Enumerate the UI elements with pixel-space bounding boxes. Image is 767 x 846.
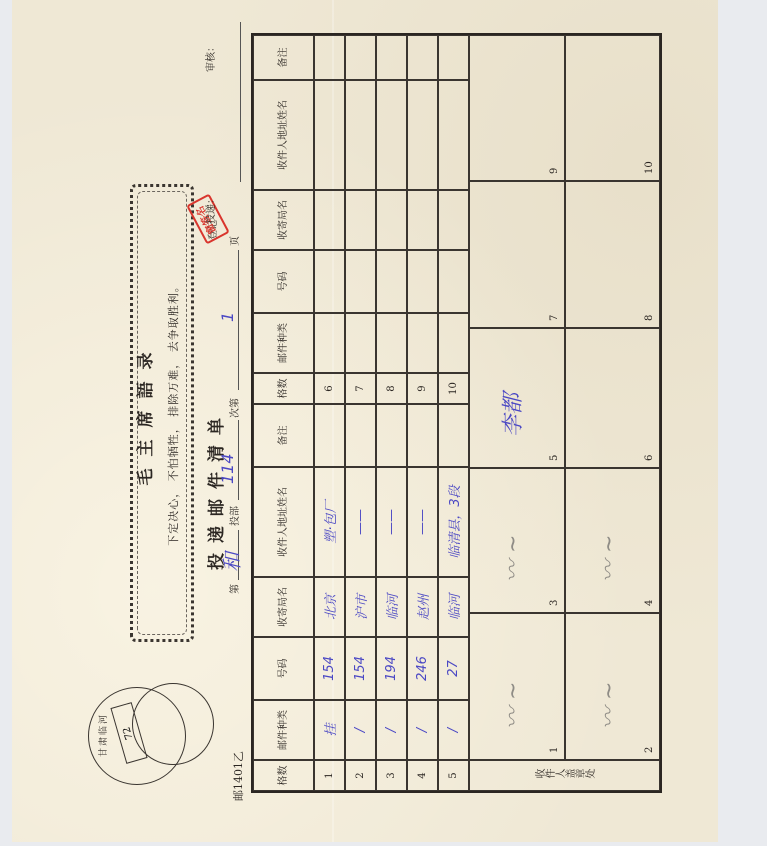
signature-box[interactable]: 9 xyxy=(469,35,565,181)
signature-label: 收件人盖章处 xyxy=(469,760,660,791)
cell-post-office[interactable]: 沪市 xyxy=(345,577,376,637)
cell-post-office[interactable] xyxy=(314,190,345,250)
signature-mark: 李都 xyxy=(496,393,527,437)
cell-item-type[interactable]: / xyxy=(438,700,469,760)
header-remarks-2: 备注 xyxy=(253,35,314,80)
cell-index: 7 xyxy=(345,373,376,404)
signature-box[interactable]: 5李都 xyxy=(469,328,565,468)
cell-post-office[interactable] xyxy=(376,190,407,250)
cell-index: 8 xyxy=(376,373,407,404)
cell-post-office[interactable]: 北京 xyxy=(314,577,345,637)
rotated-document: 毛主席語录 下定决心， 不怕牺牲， 排除万难， 去争取胜利。 投递邮件清单 登记… xyxy=(0,0,767,846)
cell-remarks[interactable] xyxy=(376,35,407,80)
cell-index: 6 xyxy=(314,373,345,404)
quotation-title: 毛主席語录 xyxy=(131,187,156,639)
header-post-office-2: 收寄局名 xyxy=(253,190,314,250)
cell-item-type[interactable]: / xyxy=(376,700,407,760)
cell-index: 9 xyxy=(407,373,438,404)
cell-remarks[interactable] xyxy=(345,404,376,467)
cell-index: 5 xyxy=(438,760,469,791)
cell-number[interactable]: 154 xyxy=(314,637,345,700)
signature-box[interactable]: 10 xyxy=(565,35,660,181)
paper-sheet: 毛主席語录 下定决心， 不怕牺牲， 排除万难， 去争取胜利。 投递邮件清单 登记… xyxy=(12,0,718,842)
cell-index: 3 xyxy=(376,760,407,791)
cell-post-office[interactable] xyxy=(438,190,469,250)
reviewer-label: 审核： xyxy=(202,42,217,72)
trip-underline xyxy=(238,420,239,500)
cell-item-type[interactable]: / xyxy=(407,700,438,760)
cell-number[interactable] xyxy=(407,250,438,313)
cell-index: 10 xyxy=(438,373,469,404)
cell-remarks[interactable] xyxy=(345,35,376,80)
cell-post-office[interactable] xyxy=(345,190,376,250)
cell-remarks[interactable] xyxy=(376,404,407,467)
page-value[interactable]: 1 xyxy=(218,312,237,322)
cell-index: 4 xyxy=(407,760,438,791)
reviewer-underline[interactable] xyxy=(240,22,241,182)
deliverer-label: 投递： xyxy=(202,194,217,224)
cell-remarks[interactable] xyxy=(314,35,345,80)
cell-recipient[interactable]: 临清县，3段 xyxy=(438,467,469,577)
cell-item-type[interactable] xyxy=(345,313,376,373)
cell-item-type[interactable]: 挂 xyxy=(314,700,345,760)
header-index-2: 格数 xyxy=(253,373,314,404)
cell-recipient[interactable] xyxy=(314,80,345,190)
cell-recipient[interactable]: 塑·包厂 xyxy=(314,467,345,577)
cell-post-office[interactable]: 临河 xyxy=(438,577,469,637)
cell-item-type[interactable] xyxy=(314,313,345,373)
cell-remarks[interactable] xyxy=(438,404,469,467)
cell-recipient[interactable] xyxy=(376,80,407,190)
signature-box[interactable]: 8 xyxy=(565,181,660,328)
header-item-type-2: 邮件种类 xyxy=(253,313,314,373)
line-prefix: 第 xyxy=(226,584,241,594)
cell-remarks[interactable] xyxy=(407,35,438,80)
cell-item-type[interactable]: / xyxy=(345,700,376,760)
cell-item-type[interactable] xyxy=(438,313,469,373)
signature-box-number: 5 xyxy=(549,455,564,467)
signature-box-number: 1 xyxy=(549,747,564,759)
header-post-office: 收寄局名 xyxy=(253,577,314,637)
signature-mark: 〰 ~ xyxy=(592,535,623,582)
header-item-type: 邮件种类 xyxy=(253,700,314,760)
postmark-text: 甘肃临河 xyxy=(96,713,109,757)
form-code: 邮1401乙 xyxy=(230,751,246,801)
signature-box-number: 6 xyxy=(644,455,659,467)
cell-recipient[interactable]: —— xyxy=(376,467,407,577)
cell-post-office[interactable] xyxy=(407,190,438,250)
trip-value[interactable]: 114 xyxy=(218,453,237,484)
trip-label: 次第 xyxy=(226,398,241,418)
signature-box-number: 8 xyxy=(644,315,659,327)
cell-number[interactable]: 27 xyxy=(438,637,469,700)
signature-box[interactable]: 2〰 ~ xyxy=(565,613,660,760)
cell-post-office[interactable]: 临河 xyxy=(376,577,407,637)
signature-box-number: 10 xyxy=(644,161,659,180)
quotation-banner: 毛主席語录 下定决心， 不怕牺牲， 排除万难， 去争取胜利。 xyxy=(130,184,194,642)
delivery-table: 格数 邮件种类 号码 收寄局名 收件人地址姓名 备注 格数 邮件种类 号码 收寄… xyxy=(251,33,662,793)
page-underline xyxy=(238,250,239,390)
cell-recipient[interactable]: —— xyxy=(407,467,438,577)
header-index: 格数 xyxy=(253,760,314,791)
page-label: 页 xyxy=(226,236,241,246)
signature-box[interactable]: 3〰 ~ xyxy=(469,468,565,613)
header-number: 号码 xyxy=(253,637,314,700)
cell-number[interactable]: 154 xyxy=(345,637,376,700)
signature-box-number: 3 xyxy=(549,600,564,612)
form-title: 投递邮件清单 xyxy=(202,408,227,570)
signature-box[interactable]: 1〰 ~ xyxy=(469,613,565,760)
cell-recipient[interactable]: —— xyxy=(345,467,376,577)
cell-number[interactable] xyxy=(376,250,407,313)
header-recipient: 收件人地址姓名 xyxy=(253,467,314,577)
header-recipient-2: 收件人地址姓名 xyxy=(253,80,314,190)
signature-box[interactable]: 7 xyxy=(469,181,565,328)
cell-remarks[interactable] xyxy=(438,35,469,80)
cell-recipient[interactable] xyxy=(438,80,469,190)
cell-recipient[interactable] xyxy=(345,80,376,190)
signature-mark: 〰 ~ xyxy=(592,682,623,729)
cell-number[interactable]: 194 xyxy=(376,637,407,700)
cell-item-type[interactable] xyxy=(376,313,407,373)
signature-box[interactable]: 4〰 ~ xyxy=(565,468,660,613)
signature-box[interactable]: 6 xyxy=(565,328,660,468)
header-remarks: 备注 xyxy=(253,404,314,467)
cell-index: 2 xyxy=(345,760,376,791)
cell-item-type[interactable] xyxy=(407,313,438,373)
cell-number[interactable] xyxy=(314,250,345,313)
cell-number[interactable]: 246 xyxy=(407,637,438,700)
cell-remarks[interactable] xyxy=(314,404,345,467)
route-value[interactable]: 和 xyxy=(216,552,245,572)
signature-box-number: 2 xyxy=(644,747,659,759)
cell-number[interactable] xyxy=(438,250,469,313)
signature-mark: 〰 ~ xyxy=(496,535,527,582)
cell-post-office[interactable]: 赵州 xyxy=(407,577,438,637)
signature-box-number: 7 xyxy=(549,315,564,327)
cell-number[interactable] xyxy=(345,250,376,313)
signature-box-number: 4 xyxy=(644,600,659,612)
route-label: 投部 xyxy=(226,506,241,526)
signature-box-number: 9 xyxy=(549,168,564,180)
quotation-text: 下定决心， 不怕牺牲， 排除万难， 去争取胜利。 xyxy=(165,187,181,639)
cell-remarks[interactable] xyxy=(407,404,438,467)
header-number-2: 号码 xyxy=(253,250,314,313)
cell-index: 1 xyxy=(314,760,345,791)
cell-recipient[interactable] xyxy=(407,80,438,190)
signature-mark: 〰 ~ xyxy=(496,682,527,729)
